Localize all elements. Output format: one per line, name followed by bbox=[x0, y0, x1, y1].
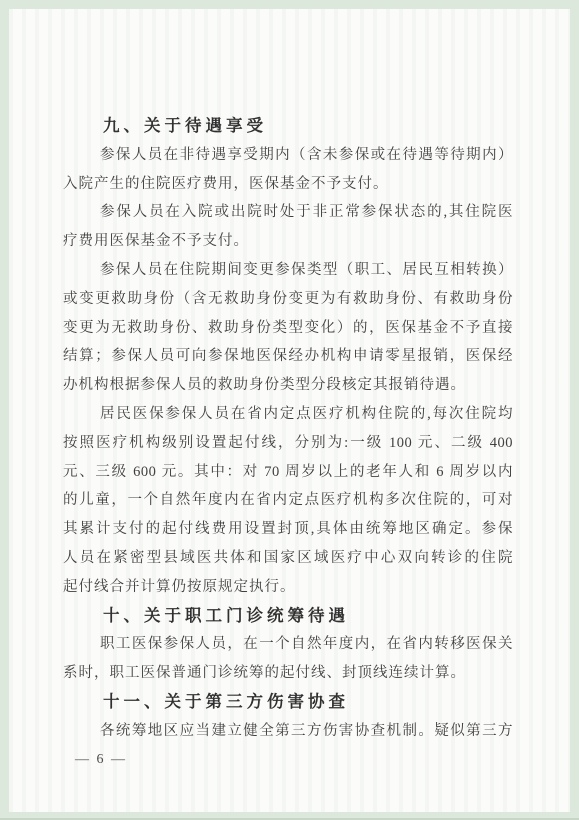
text-line: 参保人员在入院或出院时处于非正常参保状态的,其住院医 bbox=[63, 198, 513, 227]
text-line: 起付线合并计算仍按原规定执行。 bbox=[63, 573, 513, 602]
document-page: 九、关于待遇享受参保人员在非待遇享受期内（含未参保或在待遇等待期内）入院产生的住… bbox=[9, 9, 570, 812]
text-line: 的儿童，一个自然年度内在省内定点医疗机构多次住院的，可对 bbox=[63, 486, 513, 515]
scanned-document: { "document": { "page_number": "— 6 —", … bbox=[0, 0, 579, 820]
text-line: 元、三级 600 元。其中：对 70 周岁以上的老年人和 6 周岁以内 bbox=[63, 458, 513, 487]
text-line: 参保人员在住院期间变更参保类型（职工、居民互相转换） bbox=[63, 256, 513, 285]
text-line: 变更为无救助身份、救助身份类型变化）的，医保基金不予直接 bbox=[63, 314, 513, 343]
text-line: 按照医疗机构级别设置起付线，分别为:一级 100 元、二级 400 bbox=[63, 429, 513, 458]
text-line: 各统筹地区应当建立健全第三方伤害协查机制。疑似第三方 bbox=[63, 717, 513, 746]
text-column: 九、关于待遇享受参保人员在非待遇享受期内（含未参保或在待遇等待期内）入院产生的住… bbox=[63, 112, 513, 774]
page-number: — 6 — bbox=[63, 746, 513, 775]
text-line: 其累计支付的起付线费用设置封顶,具体由统筹地区确定。参保 bbox=[63, 515, 513, 544]
text-line: 系时，职工医保普通门诊统筹的起付线、封顶线连续计算。 bbox=[63, 659, 513, 688]
section-heading: 九、关于待遇享受 bbox=[63, 112, 513, 141]
text-line: 或变更救助身份（含无救助身份变更为有救助身份、有救助身份 bbox=[63, 285, 513, 314]
text-line: 结算；参保人员可向参保地医保经办机构申请零星报销，医保经 bbox=[63, 342, 513, 371]
text-line: 居民医保参保人员在省内定点医疗机构住院的,每次住院均 bbox=[63, 400, 513, 429]
text-line: 人员在紧密型县域医共体和国家区域医疗中心双向转诊的住院 bbox=[63, 544, 513, 573]
section-heading: 十、关于职工门诊统筹待遇 bbox=[63, 602, 513, 631]
text-line: 疗费用医保基金不予支付。 bbox=[63, 227, 513, 256]
text-line: 参保人员在非待遇享受期内（含未参保或在待遇等待期内） bbox=[63, 141, 513, 170]
text-line: 入院产生的住院医疗费用，医保基金不予支付。 bbox=[63, 170, 513, 199]
text-line: 职工医保参保人员，在一个自然年度内，在省内转移医保关 bbox=[63, 630, 513, 659]
text-line: 办机构根据参保人员的救助身份类型分段核定其报销待遇。 bbox=[63, 371, 513, 400]
section-heading: 十一、关于第三方伤害协查 bbox=[63, 688, 513, 717]
